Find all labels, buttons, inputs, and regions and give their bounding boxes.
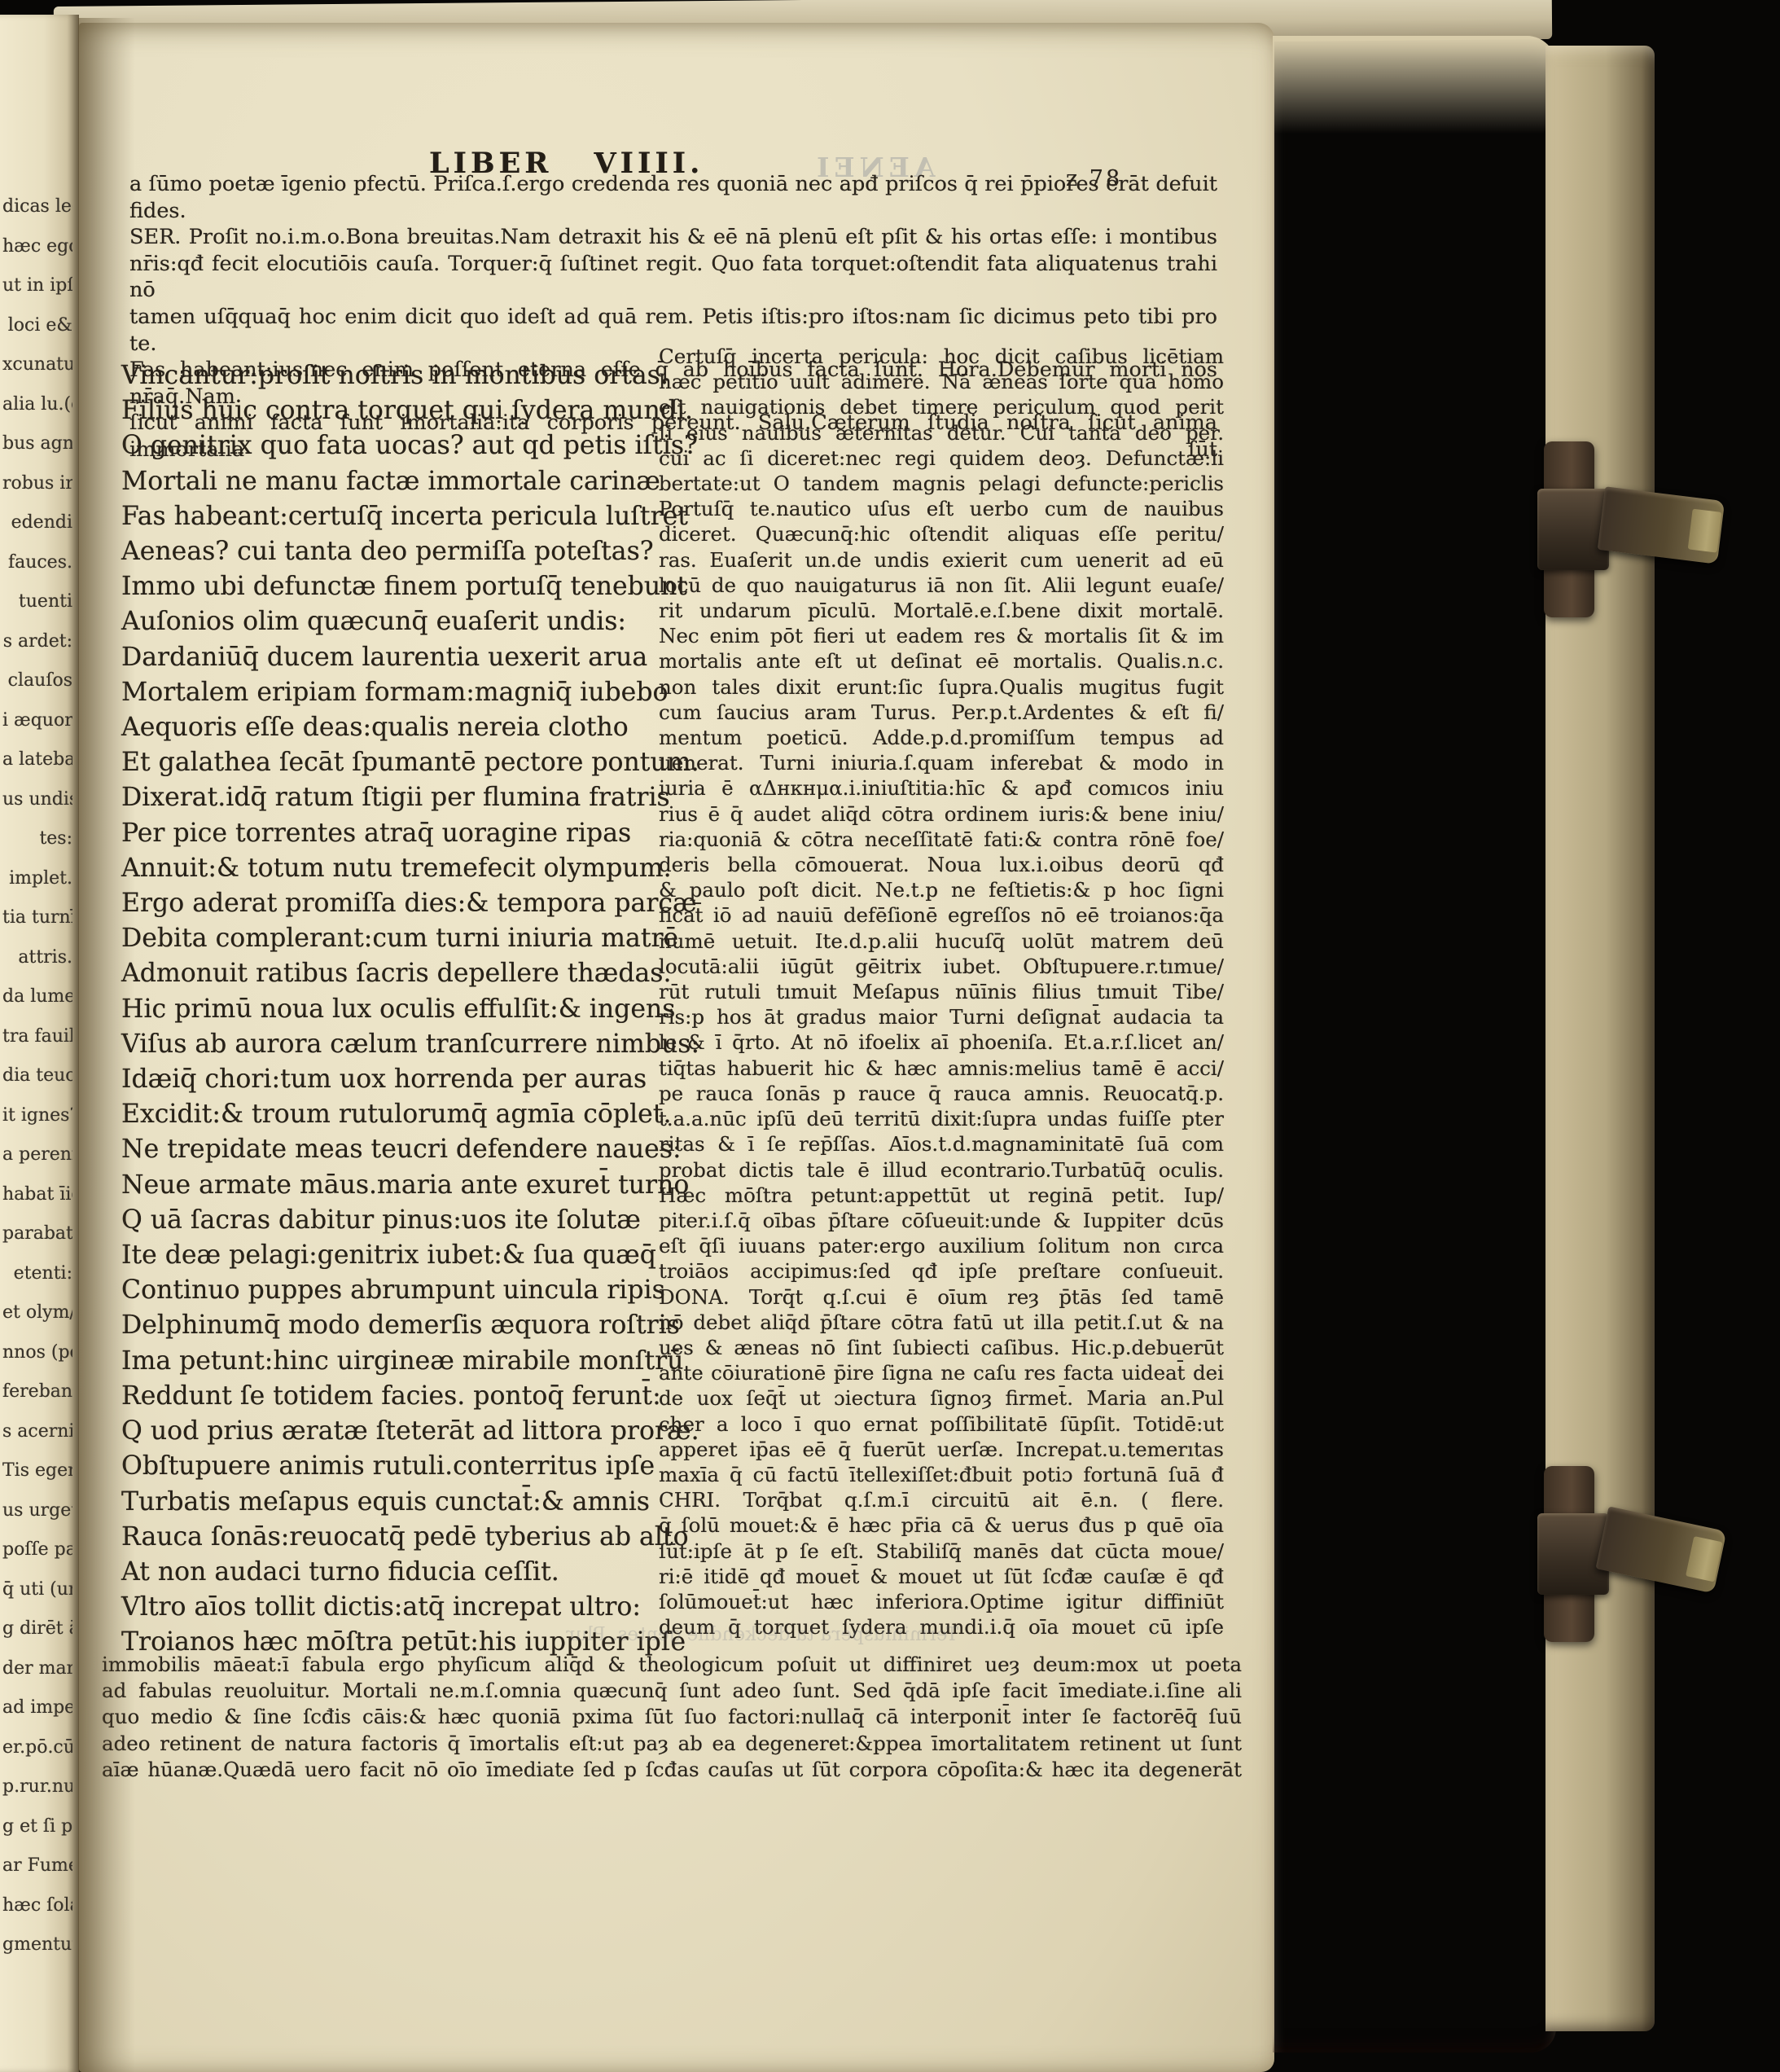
text-line: O genitrix quo fata uocas? aut qd petis … bbox=[121, 428, 660, 463]
text-line: ſūt:ipſe āt p ſe eſt. Stabiliſq̄ manēs d… bbox=[659, 1539, 1224, 1564]
text-line: apperet ip̄as eē q̄ fuerūt uerſæ. Increp… bbox=[659, 1437, 1224, 1462]
text-line: DONA. Torq̄t q.ſ.cui ē oīum reȝ p̄tās ſe… bbox=[659, 1284, 1224, 1310]
text-line: it ignes? bbox=[2, 1096, 72, 1136]
text-line: fauces. bbox=[2, 543, 72, 583]
text-line: parabat: bbox=[2, 1214, 72, 1254]
text-line: Dardaniūq̄ ducem laurentia uexerit arua bbox=[121, 640, 660, 675]
text-line: At non audaci turno fiducia ceſſit. bbox=[121, 1555, 660, 1590]
text-line: bus agni. bbox=[2, 424, 72, 464]
red-fore-edge bbox=[1273, 36, 1556, 2052]
text-line: troiāos accipimus:ſed qđ ipſe preſtare c… bbox=[659, 1258, 1224, 1284]
text-line: Excidit:& troum rutulorumq̄ agmīa cōplet… bbox=[121, 1097, 660, 1132]
text-line: rūt rutuli tımuit Meſapus nūīnis filius … bbox=[659, 979, 1224, 1004]
text-line: Hic primū noua lux oculis effulſit:& ing… bbox=[121, 992, 660, 1027]
book-clasp-upper bbox=[1537, 441, 1733, 637]
text-line: Continuo puppes abrumpunt uincula ripis bbox=[121, 1273, 660, 1308]
text-line: Delphinumq̄ modo demerſis æquora roſtris bbox=[121, 1308, 660, 1343]
text-line: q̄ uti (ur. bbox=[2, 1570, 72, 1610]
text-line: quo medio & ſine ſcđis cāis:& hæc quoniā… bbox=[102, 1704, 1242, 1730]
text-line: g dirēt ā bbox=[2, 1609, 72, 1649]
text-line: Ne trepidate meas teucri defendere naues… bbox=[121, 1132, 660, 1167]
text-line: rit undarum pīculū. Mortalē.e.ſ.bene dix… bbox=[659, 598, 1224, 623]
facing-page-text-fragments: dicas legi nohæc egout in ipſisloci e&xc… bbox=[2, 187, 72, 1965]
text-line: Vltro aīos tollit dictis:atq̄ increpat u… bbox=[121, 1590, 660, 1625]
book-clasp-lower bbox=[1537, 1466, 1733, 1662]
text-line: ar Fumeſ bbox=[2, 1846, 72, 1886]
text-line: cher a loco ī quo ernat poſſibilitatē ſū… bbox=[659, 1411, 1224, 1437]
text-line: tiq̄tas habuerit hic & hæc amnis:melius … bbox=[659, 1056, 1224, 1081]
text-line: Viſus ab aurora cælum tranſcurrere nimbu… bbox=[121, 1027, 660, 1062]
text-line: Debita complerant:cum turni iniuria matr… bbox=[121, 921, 660, 956]
text-line: maxīa q̄ cū factū ītellexiſſet:đbuit pot… bbox=[659, 1462, 1224, 1487]
text-line: Fas habeant:certuſq̄ incerta pericula lu… bbox=[121, 499, 660, 534]
text-line: ut in ipſis bbox=[2, 266, 72, 306]
text-line: habat īida bbox=[2, 1175, 72, 1215]
text-line: ficat̄ iō ad nauiū defēſionē egreſſos nō… bbox=[659, 902, 1224, 928]
text-line: Q uod prius æratæ ſteterāt ad littora pr… bbox=[121, 1414, 660, 1449]
text-line: der maraq/ bbox=[2, 1649, 72, 1689]
text-line: tra fauillā. bbox=[2, 1017, 72, 1057]
text-line: ſi eius nauibus æternitas detur. Cui tan… bbox=[659, 420, 1224, 446]
text-line: s acernis. bbox=[2, 1412, 72, 1452]
clasp-brass-tip bbox=[1688, 509, 1722, 553]
facing-page-sliver: dicas legi nohæc egout in ipſisloci e&xc… bbox=[0, 15, 79, 2072]
text-line: bertate:ut O tandem magnis pelagi defunc… bbox=[659, 471, 1224, 496]
text-line: mortalis ante eſt ut deſinat eē mortalis… bbox=[659, 648, 1224, 674]
text-line: cui ac ſi diceret:nec regi quidem deoȝ. … bbox=[659, 446, 1224, 471]
bottom-commentary-block: immobilis māeat:ī fabula ergo phyſicum a… bbox=[102, 1652, 1242, 1783]
text-line: Ima petunt:hinc uirgineæ mirabile monſtr… bbox=[121, 1344, 660, 1379]
text-line: attris. bbox=[2, 938, 72, 978]
text-line: Reddunt ſe totidem facies. pontoq̄ ferun… bbox=[121, 1379, 660, 1414]
text-line: ad imperan bbox=[2, 1688, 72, 1728]
text-line: i æquor. bbox=[2, 701, 72, 741]
text-line: Hæc mōſtra petunt:appettūt ut reginā pet… bbox=[659, 1183, 1224, 1208]
text-line: da lumen bbox=[2, 977, 72, 1017]
text-line: ria:quoniā & cōtra neceſſitatē fati:& co… bbox=[659, 827, 1224, 852]
text-line: ante cōiurationē p̄ire ſigna ne caſu res… bbox=[659, 1360, 1224, 1385]
verse-column: Vincantur:proſit noſtris in montibus ort… bbox=[121, 358, 660, 1661]
clasp-metal-strap bbox=[1598, 486, 1725, 564]
text-line: edendi bbox=[2, 503, 72, 543]
text-line: Tis egeret bbox=[2, 1451, 72, 1491]
text-line: locutā:alii iūgūt gēitrix iubet. Obſtupu… bbox=[659, 954, 1224, 979]
text-line: Idæiq̄ chori:tum uox horrenda per auras bbox=[121, 1062, 660, 1097]
text-line: Ergo aderat promiſſa dies:& tempora parc… bbox=[121, 886, 660, 921]
text-line: q̄ ſolū mouet:& ē hæc pr̄ia cā & uerus đ… bbox=[659, 1512, 1224, 1538]
text-line: nr̄is:qđ fecit elocutiōis cauſa. Torquer… bbox=[129, 251, 1217, 304]
text-line: t.a.a.nūc ipſū deū territū dixit:ſupra u… bbox=[659, 1106, 1224, 1131]
text-line: piter.i.ſ.q̄ oības p̄ſtare cōſueuit:unde… bbox=[659, 1208, 1224, 1233]
text-line: us undis bbox=[2, 780, 72, 820]
text-line: Portuſq̄ te.nautico uſus eſt uerbo cum d… bbox=[659, 496, 1224, 521]
text-line: Turbatis meſapus equis cunctat̄:& amnis bbox=[121, 1485, 660, 1520]
text-line: robus ira bbox=[2, 464, 72, 504]
text-line: deris bella cōmouerat. Noua lux.i.oibus … bbox=[659, 852, 1224, 877]
text-line: alia lu.(ordi bbox=[2, 385, 72, 425]
text-line: ris:p hos āt gradus maior Turni deſignat… bbox=[659, 1004, 1224, 1029]
clasp-brass-tip bbox=[1686, 1536, 1723, 1582]
text-line: numē uetuit. Ite.d.p.alii hucuſq̄ uolūt … bbox=[659, 928, 1224, 954]
text-line: locū de quo nauigaturus iā non ſit. Alii… bbox=[659, 573, 1224, 598]
text-line: g et ſi plum bbox=[2, 1807, 72, 1847]
text-line: tuenti bbox=[2, 582, 72, 622]
text-line: Q uā ſacras dabitur pinus:uos ite ſolutæ bbox=[121, 1203, 660, 1238]
text-line: us urget bbox=[2, 1491, 72, 1531]
clasp-metal-strap bbox=[1596, 1506, 1727, 1593]
text-line: immobilis māeat:ī fabula ergo phyſicum a… bbox=[102, 1652, 1242, 1678]
text-line: cum ſaucius aram Turus. Per.p.t.Ardentes… bbox=[659, 700, 1224, 725]
text-line: implet. bbox=[2, 859, 72, 899]
text-line: CHRI. Torq̄bat q.ſ.m.ī circuitū ait ē.n.… bbox=[659, 1487, 1224, 1512]
text-line: poſſe pat bbox=[2, 1530, 72, 1570]
text-line: ferebant bbox=[2, 1372, 72, 1412]
text-line: s ardet: bbox=[2, 622, 72, 662]
text-line: de uox ſeq̄t̄ ut ɔiectura ſignoȝ firmet̄… bbox=[659, 1385, 1224, 1411]
text-line: Ite deæ pelagi:genitrix iubet:& ſua quæq… bbox=[121, 1238, 660, 1273]
text-line: hæc petitio uult adimere. Nā æneas ſorte… bbox=[659, 369, 1224, 394]
text-line: & paulo poſt dicit. Ne.t.p ne feſtietis:… bbox=[659, 877, 1224, 902]
text-line: nnos (po. bbox=[2, 1333, 72, 1373]
text-line: rius ē q̄ audet aliq̄d cōtra ordinem iur… bbox=[659, 801, 1224, 827]
text-line: a ſūmo poetæ īgenio pfectū. Priſca.ſ.erg… bbox=[129, 171, 1217, 224]
text-line: er.pō.cū bbox=[2, 1728, 72, 1768]
text-line: iuria ē αΔнкнμα.i.iniuſtitia:hīc & apđ c… bbox=[659, 775, 1224, 801]
text-line: tes: bbox=[2, 819, 72, 859]
gutter-shadow bbox=[78, 18, 135, 2072]
text-line: uenerat. Turni iniuria.ſ.quam inferebat … bbox=[659, 750, 1224, 775]
text-line: Aequoris eſſe deas:qualis nereia clotho bbox=[121, 710, 660, 745]
text-line: Neue armate māus.maria ante exuret̄ turn… bbox=[121, 1168, 660, 1203]
text-line: clauſos bbox=[2, 661, 72, 701]
text-line: aīæ hūanæ.Quædā uero facit nō oīo īmedia… bbox=[102, 1757, 1242, 1783]
text-line: le & ī q̄rto. At nō ifoelix aī phoeniſa.… bbox=[659, 1029, 1224, 1055]
text-line: Dixerat.idq̄ ratum ſtigii per flumina fr… bbox=[121, 780, 660, 815]
text-line: Per pice torrentes atraq̄ uoragine ripas bbox=[121, 816, 660, 851]
text-line: et olym/ bbox=[2, 1293, 72, 1333]
showthrough-bottom-text: Terminiuspera ta deckendile gentes. Plur bbox=[291, 1624, 958, 1645]
clasp-catch-plate bbox=[1537, 489, 1609, 570]
text-line: Filius huic contra torquet qui ſydera mu… bbox=[121, 393, 660, 428]
text-line: tia turnī: bbox=[2, 898, 72, 938]
text-line: ritas & ī ſe rep̄ſſas. Aīos.t.d.magnamin… bbox=[659, 1131, 1224, 1157]
text-line: Vincantur:proſit noſtris in montibus ort… bbox=[121, 358, 660, 393]
text-line: eſt nauigationis debet timere periculum … bbox=[659, 394, 1224, 419]
text-line: ues & æneas nō ſint ſubiecti caſibus. Hi… bbox=[659, 1335, 1224, 1360]
text-line: adeo retinent de natura factoris q̄ īmor… bbox=[102, 1731, 1242, 1757]
book-page: AENEI LIBER VIIII. z 78 a ſūmo poetæ īge… bbox=[79, 23, 1274, 2072]
text-line: ad fabulas reuoluitur. Mortali ne.m.ſ.om… bbox=[102, 1678, 1242, 1704]
text-line: Aeneas? cui tanta deo permiſſa poteſtas? bbox=[121, 534, 660, 569]
text-line: ri:ē itidē qđ mouet̄ & mouet ut ſūt ſcđæ… bbox=[659, 1564, 1224, 1589]
text-line: nō debet aliq̄d p̄ſtare cōtra fatū ut il… bbox=[659, 1310, 1224, 1335]
text-line: Admonuit ratibus ſacris depellere thædas… bbox=[121, 956, 660, 991]
text-line: a perennis. bbox=[2, 1135, 72, 1175]
text-line: Mortalem eripiam formam:magniq̄ iubebo bbox=[121, 675, 660, 710]
text-line: loci e& bbox=[2, 306, 72, 346]
fore-edge-top-highlight bbox=[1273, 36, 1556, 134]
text-line: pe rauca ſonās p rauce q̄ rauca amnis. R… bbox=[659, 1081, 1224, 1106]
text-line: p.rur.nul bbox=[2, 1767, 72, 1807]
text-line: SER. Proſit no.i.m.o.Bona breuitas.Nam d… bbox=[129, 224, 1217, 251]
text-line: Rauca ſonās:reuocatq̄ pedē tyberius ab a… bbox=[121, 1520, 660, 1555]
text-line: a latebat bbox=[2, 740, 72, 780]
text-line: Annuit:& totum nutu tremefecit olympum. bbox=[121, 851, 660, 886]
page-text-layer: AENEI LIBER VIIII. z 78 a ſūmo poetæ īge… bbox=[79, 23, 1274, 2072]
text-line: eſt q̄ſi iuuans pater:ergo auxilium ſoli… bbox=[659, 1233, 1224, 1258]
text-line: dia teucris bbox=[2, 1056, 72, 1096]
text-line: diceret. Quæcunq̄:hic oſtendit aliquas e… bbox=[659, 521, 1224, 547]
book-photo: dicas legi nohæc egout in ipſisloci e&xc… bbox=[0, 0, 1780, 2072]
text-line: Auſonios olim quæcunq̄ euaſerit undis: bbox=[121, 604, 660, 639]
text-line: Et galathea ſecāt ſpumantē pectore pontu… bbox=[121, 745, 660, 780]
binding-cover-edge bbox=[1545, 46, 1655, 2031]
text-line: Nec enim pōt fieri ut eadem res & mortal… bbox=[659, 623, 1224, 648]
text-line: hæc ego bbox=[2, 227, 72, 267]
text-line: xcunatur.(a bbox=[2, 345, 72, 385]
text-line: probat dictis tale ē illud econtrario.Tu… bbox=[659, 1157, 1224, 1183]
text-line: mentum poeticū. Adde.p.d.promiſſum tempu… bbox=[659, 725, 1224, 750]
text-line: gmentum ā bbox=[2, 1925, 72, 1965]
commentary-column: Certuſq̄ incerta pericula: hoc dicit caſ… bbox=[659, 344, 1224, 1640]
text-line: ſolūmouet̄:ut hæc inferiora.Optime igitu… bbox=[659, 1589, 1224, 1614]
text-line: dicas legi no bbox=[2, 187, 72, 227]
text-line: ras. Euaſerit un.de undis exierit cum ue… bbox=[659, 547, 1224, 573]
text-line: Obſtupuere animis rutuli.conterritus ipſ… bbox=[121, 1449, 660, 1484]
text-line: etenti: bbox=[2, 1254, 72, 1294]
text-line: non tales dixit erunt:ſic ſupra.Qualis m… bbox=[659, 674, 1224, 700]
text-line: Immo ubi defunctæ finem portuſq̄ tenebun… bbox=[121, 569, 660, 604]
text-line: Certuſq̄ incerta pericula: hoc dicit caſ… bbox=[659, 344, 1224, 369]
text-line: hæc ſola ui bbox=[2, 1886, 72, 1926]
text-line: Mortali ne manu factæ immortale carinæ bbox=[121, 464, 660, 499]
